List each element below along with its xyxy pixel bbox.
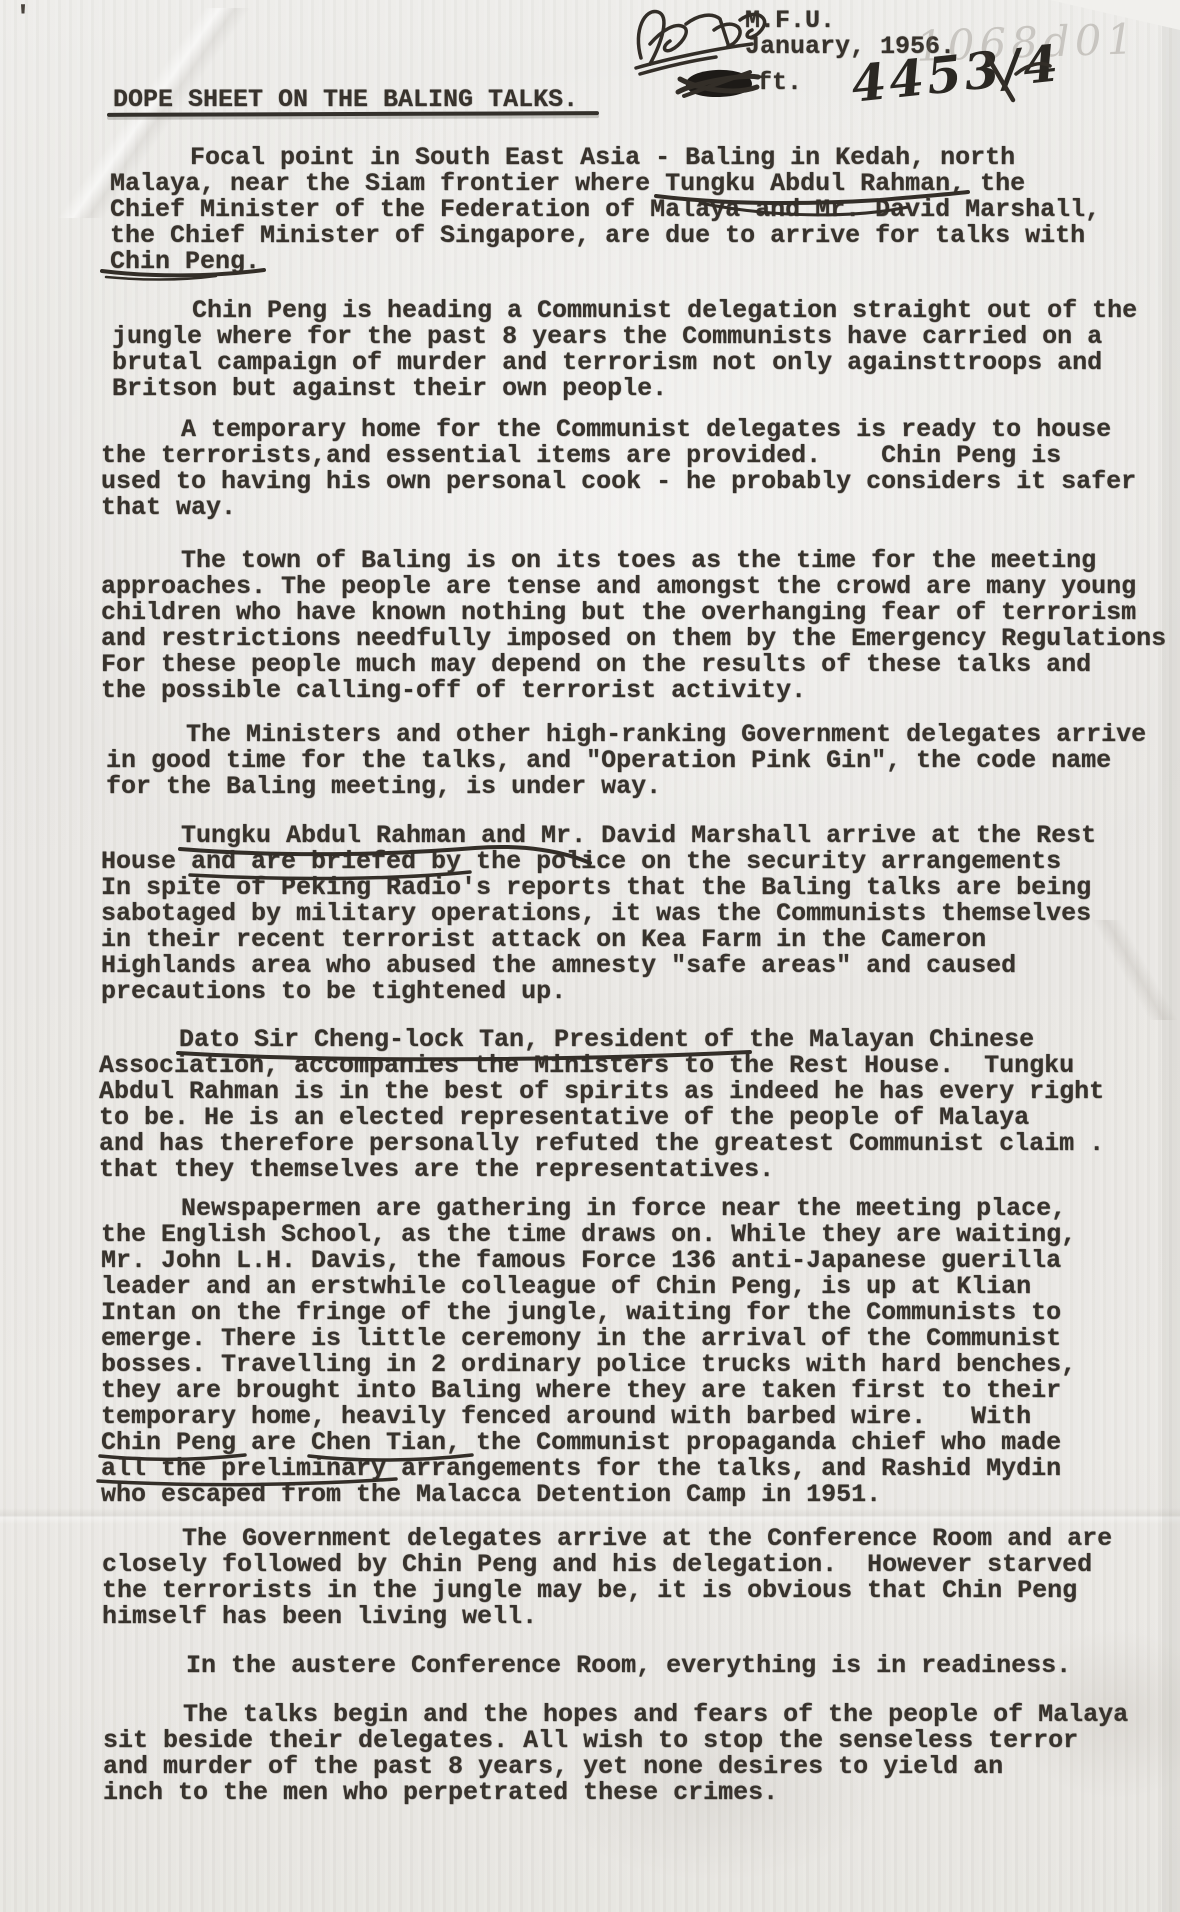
text-line: sit beside their delegates. All wish to … bbox=[103, 1728, 1128, 1754]
text-line: Tungku Abdul Rahman and Mr. David Marsha… bbox=[101, 823, 1096, 849]
text-line: all the preliminary arrangements for the… bbox=[101, 1456, 1076, 1482]
paragraph: Chin Peng is heading a Communist delegat… bbox=[112, 298, 1137, 402]
text-line: jungle where for the past 8 years the Co… bbox=[112, 324, 1137, 350]
text-line: himself has been living well. bbox=[102, 1604, 1112, 1630]
paragraph: Newspapermen are gathering in force near… bbox=[101, 1196, 1076, 1508]
header-org: M.F.U. bbox=[745, 8, 835, 34]
text-line: In spite of Peking Radio's reports that … bbox=[101, 875, 1096, 901]
text-line: in their recent terrorist attack on Kea … bbox=[101, 927, 1096, 953]
paragraph: Dato Sir Cheng-lock Tan, President of th… bbox=[99, 1027, 1104, 1183]
text-line: precautions to be tightened up. bbox=[101, 979, 1096, 1005]
text-line: closely followed by Chin Peng and his de… bbox=[102, 1552, 1112, 1578]
text-line: The Government delegates arrive at the C… bbox=[102, 1526, 1112, 1552]
text-line: the Chief Minister of Singapore, are due… bbox=[110, 223, 1100, 249]
text-line: they are brought into Baling where they … bbox=[101, 1378, 1076, 1404]
text-line: emerge. There is little ceremony in the … bbox=[101, 1326, 1076, 1352]
text-line: leader and an erstwhile colleague of Chi… bbox=[101, 1274, 1076, 1300]
paragraph: Tungku Abdul Rahman and Mr. David Marsha… bbox=[101, 823, 1096, 1005]
text-line: the terrorists,and essential items are p… bbox=[101, 443, 1136, 469]
text-line: who escaped from the Malacca Detention C… bbox=[101, 1482, 1076, 1508]
text-line: Dato Sir Cheng-lock Tan, President of th… bbox=[99, 1027, 1104, 1053]
text-line: inch to the men who perpetrated these cr… bbox=[103, 1780, 1128, 1806]
text-line: the English School, as the time draws on… bbox=[101, 1222, 1076, 1248]
text-line: that way. bbox=[101, 495, 1136, 521]
text-line: sabotaged by military operations, it was… bbox=[101, 901, 1096, 927]
text-line: for the Baling meeting, is under way. bbox=[106, 774, 1146, 800]
text-line: Britson but against their own people. bbox=[112, 376, 1137, 402]
text-line: Focal point in South East Asia - Baling … bbox=[110, 145, 1100, 171]
text-line: brutal campaign of murder and terrorism … bbox=[112, 350, 1137, 376]
text-line: the possible calling-off of terrorist ac… bbox=[101, 678, 1166, 704]
paragraph: In the austere Conference Room, everythi… bbox=[106, 1653, 1071, 1679]
paper-edge-shade bbox=[1162, 0, 1180, 1912]
paragraph: A temporary home for the Communist deleg… bbox=[101, 417, 1136, 521]
text-line: Chin Peng is heading a Communist delegat… bbox=[112, 298, 1137, 324]
text-line: In the austere Conference Room, everythi… bbox=[106, 1653, 1071, 1679]
text-line: Chief Minister of the Federation of Mala… bbox=[110, 197, 1100, 223]
paragraph: Focal point in South East Asia - Baling … bbox=[110, 145, 1100, 275]
text-line: children who have known nothing but the … bbox=[101, 600, 1166, 626]
scanned-document-page: ' M.F.U. January, 1956. 1068d01 ft. 4453… bbox=[0, 0, 1180, 1912]
paragraph: The Government delegates arrive at the C… bbox=[102, 1526, 1112, 1630]
text-line: For these people much may depend on the … bbox=[101, 652, 1166, 678]
redaction-scribble bbox=[678, 70, 758, 97]
paragraph: The town of Baling is on its toes as the… bbox=[101, 548, 1166, 704]
text-line: Intan on the fringe of the jungle, waiti… bbox=[101, 1300, 1076, 1326]
text-line: that they themselves are the representat… bbox=[99, 1157, 1104, 1183]
paper-crease bbox=[1090, 920, 1180, 1020]
text-line: Association, accompanies the Ministers t… bbox=[99, 1053, 1104, 1079]
page-title: DOPE SHEET ON THE BALING TALKS. bbox=[113, 87, 578, 113]
text-line: and murder of the past 8 years, yet none… bbox=[103, 1754, 1128, 1780]
title-underline bbox=[107, 111, 599, 117]
text-line: the terrorists in the jungle may be, it … bbox=[102, 1578, 1112, 1604]
text-line: A temporary home for the Communist deleg… bbox=[101, 417, 1136, 443]
corner-ink-mark: ' bbox=[14, 2, 32, 36]
paragraph: The talks begin and the hopes and fears … bbox=[103, 1702, 1128, 1806]
text-line: Malaya, near the Siam frontier where Tun… bbox=[110, 171, 1100, 197]
paragraph: The Ministers and other high-ranking Gov… bbox=[106, 722, 1146, 800]
text-line: The town of Baling is on its toes as the… bbox=[101, 548, 1166, 574]
text-line: Chin Peng are Chen Tian, the Communist p… bbox=[101, 1430, 1076, 1456]
text-line: Chin Peng. bbox=[110, 249, 1100, 275]
paper-fold-line bbox=[0, 1508, 1180, 1524]
text-line: Newspapermen are gathering in force near… bbox=[101, 1196, 1076, 1222]
text-line: Mr. John L.H. Davis, the famous Force 13… bbox=[101, 1248, 1076, 1274]
text-line: used to having his own personal cook - h… bbox=[101, 469, 1136, 495]
text-line: The talks begin and the hopes and fears … bbox=[103, 1702, 1128, 1728]
text-line: to be. He is an elected representative o… bbox=[99, 1105, 1104, 1131]
text-line: Highlands area who abused the amnesty "s… bbox=[101, 953, 1096, 979]
text-line: and has therefore personally refuted the… bbox=[99, 1131, 1104, 1157]
text-line: Abdul Rahman is in the best of spirits a… bbox=[99, 1079, 1104, 1105]
text-line: in good time for the talks, and "Operati… bbox=[106, 748, 1146, 774]
text-line: and restrictions needfully imposed on th… bbox=[101, 626, 1166, 652]
text-line: approaches. The people are tense and amo… bbox=[101, 574, 1166, 600]
footage-label: ft. bbox=[757, 70, 802, 96]
text-line: bosses. Travelling in 2 ordinary police … bbox=[101, 1352, 1076, 1378]
text-line: The Ministers and other high-ranking Gov… bbox=[106, 722, 1146, 748]
text-line: temporary home, heavily fenced around wi… bbox=[101, 1404, 1076, 1430]
text-line: House and are briefed by the police on t… bbox=[101, 849, 1096, 875]
